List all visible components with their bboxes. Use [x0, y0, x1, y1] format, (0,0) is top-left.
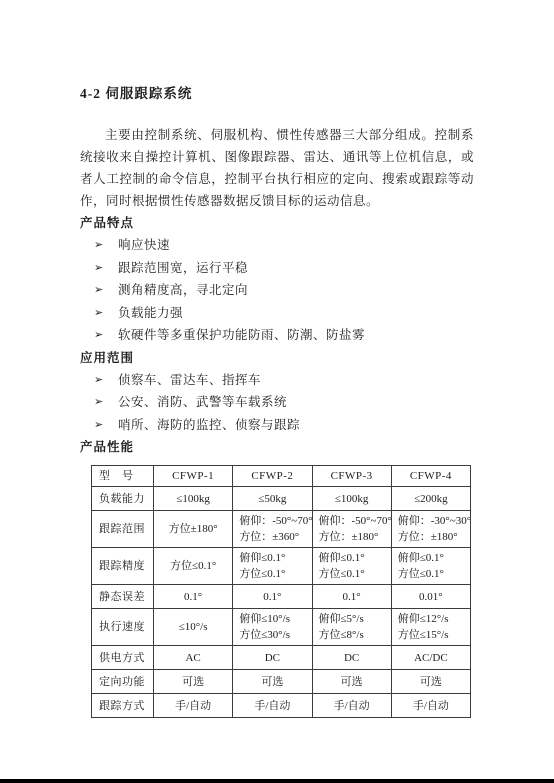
table-row: 跟踪精度方位≤0.1°俯仰≤0.1°方位≤0.1°俯仰≤0.1°方位≤0.1°俯…	[92, 548, 471, 585]
row-label: 负载能力	[92, 487, 154, 511]
cell-line: 俯仰≤12°/s	[398, 611, 466, 627]
arrow-bullet-icon: ➢	[94, 391, 104, 414]
table-cell: ≤100kg	[154, 487, 233, 511]
table-cell: 手/自动	[312, 694, 391, 718]
list-item-text: 负载能力强	[118, 306, 183, 320]
intro-paragraph: 主要由控制系统、伺服机构、惯性传感器三大部分组成。控制系统接收来自操控计算机、图…	[80, 124, 474, 212]
table-cell: DC	[312, 646, 391, 670]
table-row: 跟踪范围方位±180°俯仰：-50°~70°方位：±360°俯仰：-50°~70…	[92, 511, 471, 548]
cell-line: 俯仰：-50°~70°	[319, 513, 387, 529]
list-item: ➢跟踪范围宽，运行平稳	[80, 257, 474, 280]
table-cell: 可选	[312, 670, 391, 694]
column-header: CFWP-1	[154, 466, 233, 487]
table-cell: 手/自动	[391, 694, 470, 718]
row-label: 跟踪范围	[92, 511, 154, 548]
arrow-bullet-icon: ➢	[94, 414, 104, 437]
list-item: ➢响应快速	[80, 234, 474, 257]
table-row: 供电方式ACDCDCAC/DC	[92, 646, 471, 670]
document-content: 4-2 伺服跟踪系统 主要由控制系统、伺服机构、惯性传感器三大部分组成。控制系统…	[80, 84, 474, 718]
table-cell: 俯仰：-30°~30°方位：±180°	[391, 511, 470, 548]
table-cell: AC/DC	[391, 646, 470, 670]
cell-line: 方位：±360°	[239, 529, 307, 545]
arrow-bullet-icon: ➢	[94, 257, 104, 280]
row-label: 跟踪方式	[92, 694, 154, 718]
row-label: 执行速度	[92, 609, 154, 646]
table-cell: 俯仰：-50°~70°方位：±180°	[312, 511, 391, 548]
heading-product-performance: 产品性能	[80, 436, 474, 458]
arrow-bullet-icon: ➢	[94, 302, 104, 325]
table-cell: 俯仰≤12°/s方位≤15°/s	[391, 609, 470, 646]
cell-line: 方位≤30°/s	[239, 627, 307, 643]
list-item-text: 侦察车、雷达车、指挥车	[118, 373, 261, 387]
arrow-bullet-icon: ➢	[94, 279, 104, 302]
table-cell: 方位≤0.1°	[154, 548, 233, 585]
row-label: 定向功能	[92, 670, 154, 694]
table-row: 执行速度≤10°/s俯仰≤10°/s方位≤30°/s俯仰≤5°/s方位≤8°/s…	[92, 609, 471, 646]
document-page: 4-2 伺服跟踪系统 主要由控制系统、伺服机构、惯性传感器三大部分组成。控制系统…	[0, 0, 554, 783]
cell-line: 俯仰：-50°~70°	[239, 513, 307, 529]
application-list: ➢侦察车、雷达车、指挥车➢公安、消防、武警等车载系统➢哨所、海防的监控、侦察与跟…	[80, 369, 474, 437]
table-cell: 0.1°	[312, 585, 391, 609]
table-cell: 俯仰≤10°/s方位≤30°/s	[233, 609, 312, 646]
heading-application-scope: 应用范围	[80, 347, 474, 369]
cell-line: 方位≤0.1°	[239, 566, 307, 582]
list-item-text: 哨所、海防的监控、侦察与跟踪	[118, 418, 300, 432]
arrow-bullet-icon: ➢	[94, 369, 104, 392]
list-item-text: 公安、消防、武警等车载系统	[118, 395, 287, 409]
list-item-text: 软硬件等多重保护功能防雨、防潮、防盐雾	[118, 328, 365, 342]
table-cell: 手/自动	[154, 694, 233, 718]
table-cell: 俯仰≤0.1°方位≤0.1°	[391, 548, 470, 585]
table-row: 跟踪方式手/自动手/自动手/自动手/自动	[92, 694, 471, 718]
table-cell: 手/自动	[233, 694, 312, 718]
table-cell: ≤10°/s	[154, 609, 233, 646]
section-title: 4-2 伺服跟踪系统	[80, 84, 474, 104]
cell-line: 方位≤8°/s	[319, 627, 387, 643]
table-cell: 可选	[233, 670, 312, 694]
column-header: CFWP-3	[312, 466, 391, 487]
table-cell: 俯仰：-50°~70°方位：±360°	[233, 511, 312, 548]
cell-line: 方位：±180°	[398, 529, 466, 545]
table-cell: DC	[233, 646, 312, 670]
column-header: 型 号	[92, 466, 154, 487]
table-cell: 俯仰≤0.1°方位≤0.1°	[233, 548, 312, 585]
cell-line: 方位≤0.1°	[319, 566, 387, 582]
cell-line: 俯仰≤0.1°	[239, 550, 307, 566]
list-item: ➢侦察车、雷达车、指挥车	[80, 369, 474, 392]
arrow-bullet-icon: ➢	[94, 324, 104, 347]
feature-list: ➢响应快速➢跟踪范围宽，运行平稳➢测角精度高，寻北定向➢负载能力强➢软硬件等多重…	[80, 234, 474, 347]
cell-line: 俯仰≤0.1°	[398, 550, 466, 566]
table-row: 定向功能可选可选可选可选	[92, 670, 471, 694]
table-cell: 俯仰≤5°/s方位≤8°/s	[312, 609, 391, 646]
list-item-text: 跟踪范围宽，运行平稳	[118, 261, 248, 275]
cell-line: 方位≤15°/s	[398, 627, 466, 643]
cell-line: 俯仰≤0.1°	[319, 550, 387, 566]
row-label: 跟踪精度	[92, 548, 154, 585]
heading-product-features: 产品特点	[80, 212, 474, 234]
arrow-bullet-icon: ➢	[94, 234, 104, 257]
table-cell: 可选	[391, 670, 470, 694]
list-item: ➢公安、消防、武警等车载系统	[80, 391, 474, 414]
table-cell: ≤50kg	[233, 487, 312, 511]
bottom-edge-bar	[0, 779, 554, 783]
table-cell: ≤100kg	[312, 487, 391, 511]
table-cell: ≤200kg	[391, 487, 470, 511]
cell-line: 俯仰：-30°~30°	[398, 513, 466, 529]
list-item-text: 响应快速	[118, 238, 170, 252]
cell-line: 方位：±180°	[319, 529, 387, 545]
table-row: 负载能力≤100kg≤50kg≤100kg≤200kg	[92, 487, 471, 511]
cell-line: 俯仰≤10°/s	[239, 611, 307, 627]
cell-line: 方位≤0.1°	[398, 566, 466, 582]
column-header: CFWP-2	[233, 466, 312, 487]
list-item: ➢负载能力强	[80, 302, 474, 325]
list-item: ➢测角精度高，寻北定向	[80, 279, 474, 302]
column-header: CFWP-4	[391, 466, 470, 487]
table-cell: 可选	[154, 670, 233, 694]
row-label: 静态误差	[92, 585, 154, 609]
table-cell: 0.1°	[154, 585, 233, 609]
performance-table: 型 号CFWP-1CFWP-2CFWP-3CFWP-4 负载能力≤100kg≤5…	[91, 465, 471, 718]
row-label: 供电方式	[92, 646, 154, 670]
table-row: 静态误差0.1°0.1°0.1°0.01°	[92, 585, 471, 609]
list-item-text: 测角精度高，寻北定向	[118, 283, 248, 297]
table-cell: 0.01°	[391, 585, 470, 609]
table-cell: AC	[154, 646, 233, 670]
list-item: ➢软硬件等多重保护功能防雨、防潮、防盐雾	[80, 324, 474, 347]
table-cell: 0.1°	[233, 585, 312, 609]
list-item: ➢哨所、海防的监控、侦察与跟踪	[80, 414, 474, 437]
table-header-row: 型 号CFWP-1CFWP-2CFWP-3CFWP-4	[92, 466, 471, 487]
table-cell: 方位±180°	[154, 511, 233, 548]
table-cell: 俯仰≤0.1°方位≤0.1°	[312, 548, 391, 585]
cell-line: 俯仰≤5°/s	[319, 611, 387, 627]
